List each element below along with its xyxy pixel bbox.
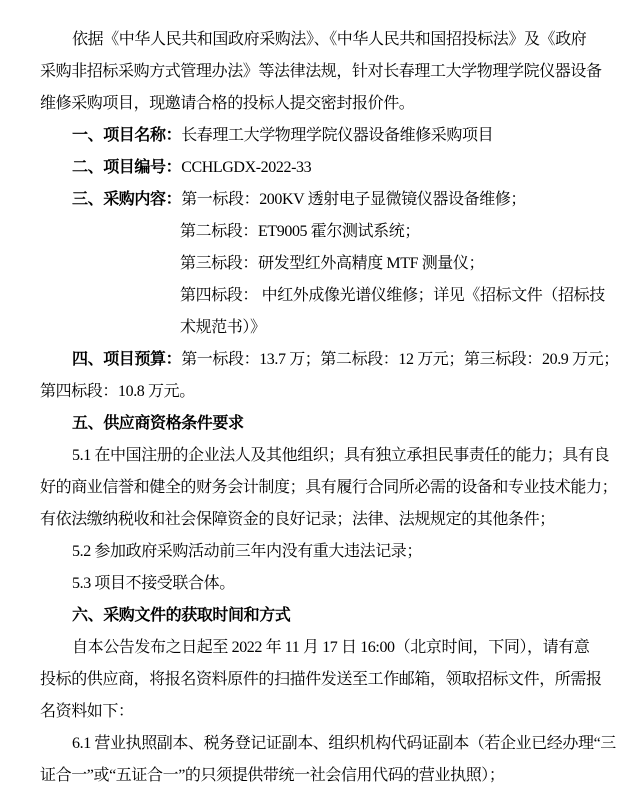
procurement-content-label: 三、采购内容： xyxy=(72,191,181,208)
budget-line-1: 四、项目预算：第一标段：13.7 万；第二标段：12 万元；第三标段：20.9 … xyxy=(40,344,602,376)
procurement-segment-3: 第三标段：研发型红外高精度 MTF 测量仪； xyxy=(180,255,484,272)
project-number-line: 二、项目编号：CCHLGDX-2022-33 xyxy=(40,152,602,184)
clause-5-2-line: 5.2 参加政府采购活动前三年内没有重大违法记录； xyxy=(40,536,602,568)
obtainment-text-1: 自本公告发布之日起至 2022 年 11 月 17 日 16:00（北京时间，下… xyxy=(72,639,589,656)
clause-5-1-text-1: 5.1 在中国注册的企业法人及其他组织；具有独立承担民事责任的能力；具有良 xyxy=(72,447,609,464)
intro-line-3: 维修采购项目，现邀请合格的投标人提交密封报价件。 xyxy=(40,88,602,120)
clause-6-1-line-2: 证合一”或“五证合一”的只须提供带统一社会信用代码的营业执照）； xyxy=(40,760,602,792)
obtainment-line-2: 投标的供应商，将报名资料原件的扫描件发送至工作邮箱，领取招标文件，所需报 xyxy=(40,664,602,696)
document-page: 依据《中华人民共和国政府采购法》、《中华人民共和国招投标法》及《政府 采购非招标… xyxy=(0,0,642,795)
clause-6-1-text-2: 证合一”或“五证合一”的只须提供带统一社会信用代码的营业执照）； xyxy=(40,767,505,784)
procurement-segment-4: 第四标段： 中红外成像光谱仪维修；详见《招标文件（招标技 xyxy=(180,287,605,304)
obtainment-text-2: 投标的供应商，将报名资料原件的扫描件发送至工作邮箱，领取招标文件，所需报 xyxy=(40,671,602,688)
clause-5-2-text: 5.2 参加政府采购活动前三年内没有重大违法记录； xyxy=(72,543,422,560)
clause-6-1-text-1: 6.1 营业执照副本、税务登记证副本、组织机构代码证副本（若企业已经办理“三 xyxy=(72,735,616,752)
obtainment-line-3: 名资料如下： xyxy=(40,696,602,728)
document-obtainment-heading: 六、采购文件的获取时间和方式 xyxy=(40,600,602,632)
procurement-content-line-2: 第二标段：ET9005 霍尔测试系统； xyxy=(40,216,602,248)
obtainment-line-1: 自本公告发布之日起至 2022 年 11 月 17 日 16:00（北京时间，下… xyxy=(40,632,602,664)
intro-text-2: 采购非招标采购方式管理办法》等法律法规，针对长春理工大学物理学院仪器设备 xyxy=(40,63,602,80)
project-name-label: 一、项目名称： xyxy=(72,127,181,144)
supplier-qualification-heading: 五、供应商资格条件要求 xyxy=(40,408,602,440)
procurement-segment-4-cont: 术规范书）》 xyxy=(180,319,266,336)
document-obtainment-heading-text: 六、采购文件的获取时间和方式 xyxy=(72,607,290,624)
budget-label: 四、项目预算： xyxy=(72,351,181,368)
budget-line-2: 第四标段：10.8 万元。 xyxy=(40,376,602,408)
supplier-qualification-heading-text: 五、供应商资格条件要求 xyxy=(72,415,244,432)
clause-5-1-line-2: 好的商业信誉和健全的财务会计制度；具有履行合同所必需的设备和专业技术能力； xyxy=(40,472,602,504)
project-number-value: CCHLGDX-2022-33 xyxy=(181,159,311,176)
procurement-content-line-1: 三、采购内容：第一标段：200KV 透射电子显微镜仪器设备维修； xyxy=(40,184,602,216)
clause-5-1-text-3: 有依法缴纳税收和社会保障资金的良好记录；法律、法规规定的其他条件； xyxy=(40,511,555,528)
budget-values-2: 第四标段：10.8 万元。 xyxy=(40,383,195,400)
procurement-content-line-4: 第四标段： 中红外成像光谱仪维修；详见《招标文件（招标技 xyxy=(40,280,602,312)
clause-6-1-line-1: 6.1 营业执照副本、税务登记证副本、组织机构代码证副本（若企业已经办理“三 xyxy=(40,728,602,760)
intro-text-3: 维修采购项目，现邀请合格的投标人提交密封报价件。 xyxy=(40,95,414,112)
clause-5-3-line: 5.3 项目不接受联合体。 xyxy=(40,568,602,600)
procurement-content-line-5: 术规范书）》 xyxy=(40,312,602,344)
clause-5-3-text: 5.3 项目不接受联合体。 xyxy=(72,575,235,592)
clause-5-1-line-3: 有依法缴纳税收和社会保障资金的良好记录；法律、法规规定的其他条件； xyxy=(40,504,602,536)
procurement-segment-1: 第一标段：200KV 透射电子显微镜仪器设备维修； xyxy=(181,191,526,208)
clause-5-1-text-2: 好的商业信誉和健全的财务会计制度；具有履行合同所必需的设备和专业技术能力； xyxy=(40,479,617,496)
project-number-label: 二、项目编号： xyxy=(72,159,181,176)
procurement-segment-2: 第二标段：ET9005 霍尔测试系统； xyxy=(180,223,420,240)
intro-line-1: 依据《中华人民共和国政府采购法》、《中华人民共和国招投标法》及《政府 xyxy=(40,24,602,56)
intro-text-1: 依据《中华人民共和国政府采购法》、《中华人民共和国招投标法》及《政府 xyxy=(72,31,586,48)
intro-line-2: 采购非招标采购方式管理办法》等法律法规，针对长春理工大学物理学院仪器设备 xyxy=(40,56,602,88)
project-name-value: 长春理工大学物理学院仪器设备维修采购项目 xyxy=(181,127,493,144)
obtainment-text-3: 名资料如下： xyxy=(40,703,134,720)
procurement-content-line-3: 第三标段：研发型红外高精度 MTF 测量仪； xyxy=(40,248,602,280)
budget-values-1: 第一标段：13.7 万；第二标段：12 万元；第三标段：20.9 万元； xyxy=(181,351,619,368)
project-name-line: 一、项目名称：长春理工大学物理学院仪器设备维修采购项目 xyxy=(40,120,602,152)
clause-5-1-line-1: 5.1 在中国注册的企业法人及其他组织；具有独立承担民事责任的能力；具有良 xyxy=(40,440,602,472)
